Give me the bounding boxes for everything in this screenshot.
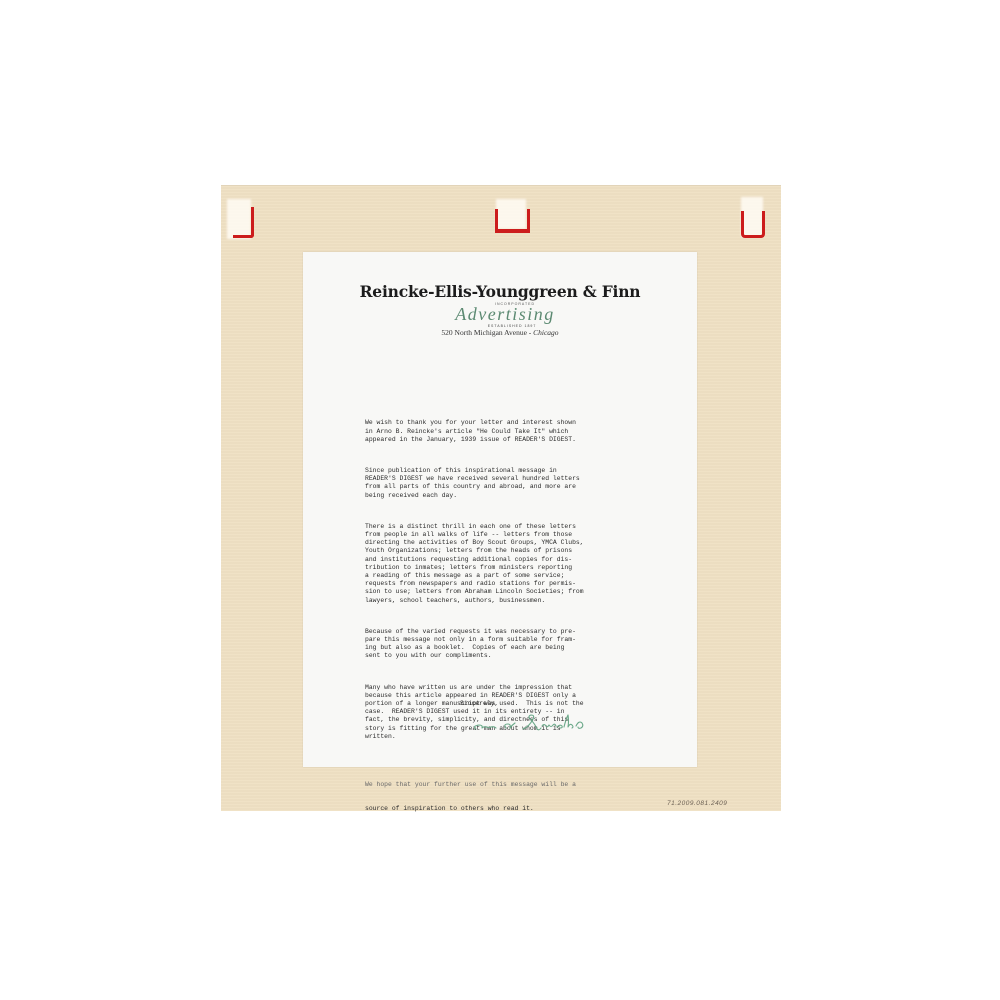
company-name: Reincke-Ellis-Younggreen & Finn [303,282,697,301]
accession-number: 71.2009.081.2409 [667,800,727,807]
red-corner-mark [233,207,254,238]
paragraph: We wish to thank you for your letter and… [365,419,635,444]
paragraph: There is a distinct thrill in each one o… [365,523,635,605]
signature [468,709,598,739]
city-name: Chicago [533,328,558,337]
final-paragraph: We hope that your further use of this me… [365,764,635,830]
street-address: 520 North Michigan Avenue - [441,328,531,337]
department-title: Advertising [313,304,697,325]
final-paragraph-line: source of inspiration to others who read… [365,805,635,813]
red-corner-mark [741,211,765,238]
company-address: 520 North Michigan Avenue - Chicago [303,328,697,337]
photo-corner-right [737,197,767,241]
paragraph: Since publication of this inspirational … [365,467,635,500]
photo-corner-left [227,199,257,241]
letter-paper: Reincke-Ellis-Younggreen & Finn INCORPOR… [303,252,697,767]
final-paragraph-line: We hope that your further use of this me… [365,781,635,789]
photo-corner-center [493,199,533,235]
letter-body: We wish to thank you for your letter and… [365,403,635,853]
paragraph: Because of the varied requests it was ne… [365,628,635,661]
red-corner-mark [495,209,530,233]
letterhead: Reincke-Ellis-Younggreen & Finn INCORPOR… [303,282,697,337]
closing: Sincerely, [460,700,498,707]
